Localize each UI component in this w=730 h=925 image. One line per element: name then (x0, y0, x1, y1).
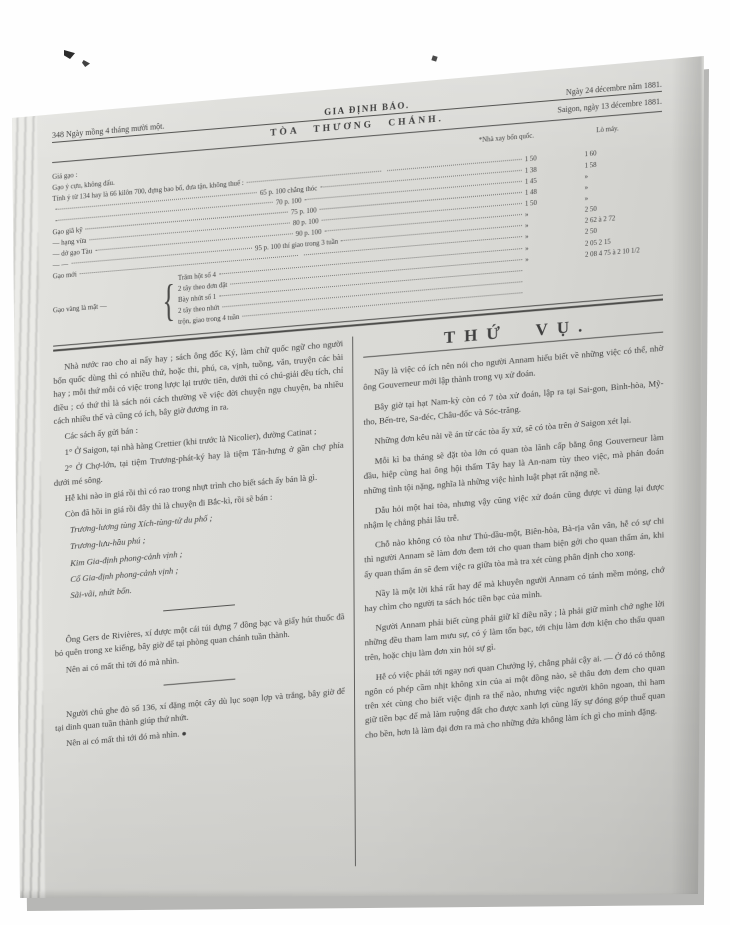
photo-speck (82, 60, 90, 67)
price-domestic-mill (525, 290, 585, 295)
column-header-steam-mill: Lò máy. (596, 120, 662, 137)
page-right-edge-shading (672, 52, 702, 898)
brace-group-label: Gạo vàng là mặt — (53, 296, 163, 316)
left-column-paragraphs: Nhà nước rao cho ai nấy hay ; sách ông đ… (53, 337, 344, 522)
notice-divider (164, 678, 236, 685)
newspaper-page: 348 Ngày mồng 4 tháng mười một. GIA ĐỊNH… (0, 0, 730, 925)
body-columns: Nhà nước rao cho ai nấy hay ; sách ông đ… (53, 311, 666, 892)
notice-divider (164, 605, 236, 612)
photo-speck (64, 50, 75, 59)
page-stack-edge (1, 110, 45, 909)
left-column: Nhà nước rao cho ai nấy hay ; sách ông đ… (53, 337, 355, 892)
scanned-photo-canvas: 348 Ngày mồng 4 tháng mười một. GIA ĐỊNH… (0, 0, 730, 925)
price-steam-mill (585, 283, 663, 290)
column-header-domestic-mill: *Nhà xay bổn quốc. (479, 125, 597, 146)
row-label: Gạo mới (53, 269, 77, 282)
lost-purse-notice: Ông Gers de Rivières, xí được một cái tú… (55, 610, 345, 677)
photo-speck (431, 55, 437, 61)
page-content: 348 Ngày mồng 4 tháng mười một. GIA ĐỊNH… (52, 79, 666, 892)
right-column-paragraphs: Nầy là việc có ích nên nói cho người Ann… (363, 341, 665, 742)
brace-glyph: { (162, 279, 175, 324)
lost-umbrella-notice: Người chủ ghe đò số 136, xí đặng một cây… (55, 684, 345, 751)
right-column: THỨ VỤ. Nầy là việc có ích nên nói cho n… (353, 311, 666, 867)
